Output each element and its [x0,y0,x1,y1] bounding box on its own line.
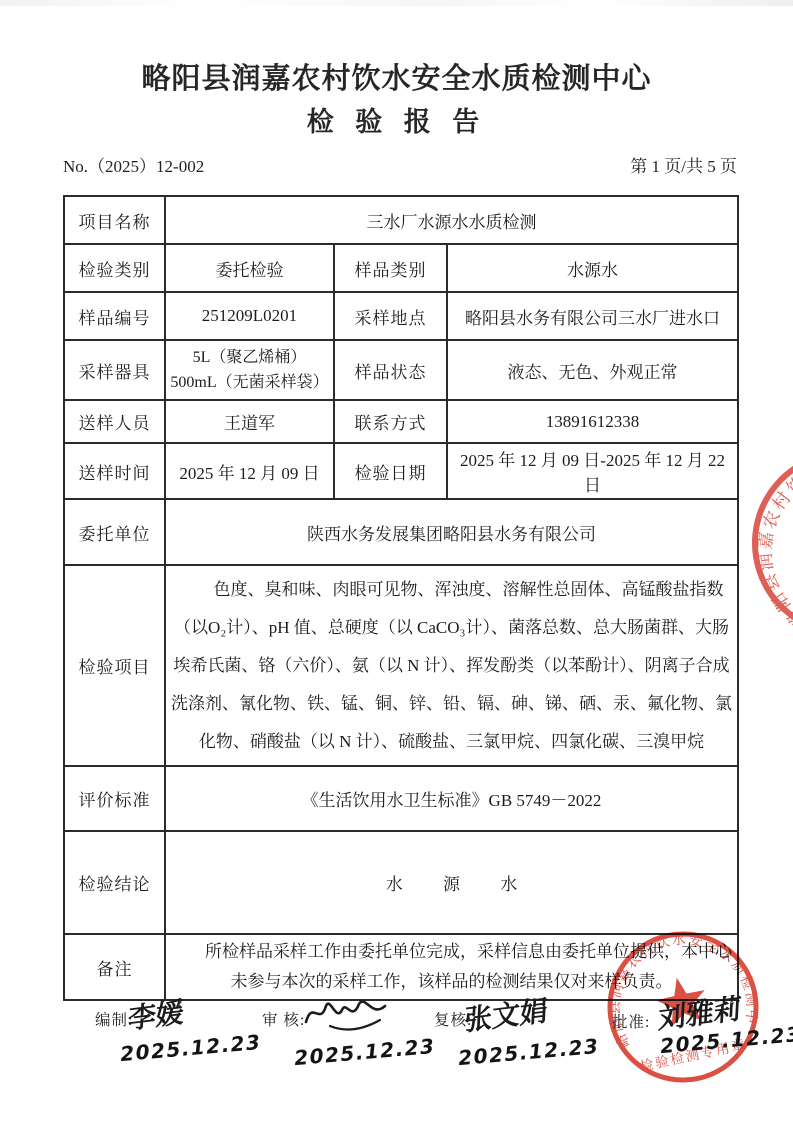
field-value-client: 陕西水务发展集团略阳县水务有限公司 [165,499,738,565]
meta-row: No.（2025）12-002 第 1 页/共 5 页 [63,152,737,177]
field-label-conclusion: 检验结论 [64,831,165,934]
row-sample-no: 样品编号 251209L0201 采样地点 略阳县水务有限公司三水厂进水口 [64,292,738,340]
field-value-standard: 《生活饮用水卫生标准》GB 5749－2022 [165,766,738,831]
field-value-project-name: 三水厂水源水水质检测 [165,196,738,244]
field-label-client: 委托单位 [64,499,165,565]
report-title: 检 验 报 告 [0,100,793,139]
field-value-sampling-tools: 5L（聚乙烯桶） 500mL（无菌采样袋） [165,340,334,400]
field-label-send-date: 送样时间 [64,443,165,499]
report-table: 项目名称 三水厂水源水水质检测 检验类别 委托检验 样品类别 水源水 样品编号 … [63,195,739,1001]
row-dates: 送样时间 2025 年 12 月 09 日 检验日期 2025 年 12 月 0… [64,443,738,499]
prepared-by-signature: 李媛 [127,990,185,1037]
field-label-contact: 联系方式 [334,400,447,443]
field-label-test-date: 检验日期 [334,443,447,499]
field-value-sample-no: 251209L0201 [165,292,334,340]
field-label-sample-no: 样品编号 [64,292,165,340]
page-indicator: 第 1 页/共 5 页 [630,152,737,177]
field-value-conclusion: 水 源 水 [165,831,738,934]
field-label-remark: 备注 [64,934,165,1000]
field-label-test-items: 检验项目 [64,565,165,766]
row-standard: 评价标准 《生活饮用水卫生标准》GB 5749－2022 [64,766,738,831]
field-value-sample-sender: 王道军 [165,400,334,443]
row-sampling-tools: 采样器具 5L（聚乙烯桶） 500mL（无菌采样袋） 样品状态 液态、无色、外观… [64,340,738,400]
field-value-sample-category: 水源水 [447,244,738,292]
field-value-sampling-site: 略阳县水务有限公司三水厂进水口 [447,292,738,340]
report-page: 略阳县润嘉农村饮水安全水质检测中心 检 验 报 告 No.（2025）12-00… [0,0,793,1121]
reviewed-by-date: 2025.12.23 [293,1034,436,1070]
org-name: 略阳县润嘉农村饮水安全水质检测中心 [0,56,793,97]
row-project-name: 项目名称 三水厂水源水水质检测 [64,196,738,244]
sampling-tools-line1: 5L（聚乙烯桶） [170,345,329,370]
field-value-test-date: 2025 年 12 月 09 日-2025 年 12 月 22 日 [447,443,738,499]
field-label-standard: 评价标准 [64,766,165,831]
field-value-test-items: 色度、臭和味、肉眼可见物、浑浊度、溶解性总固体、高锰酸盐指数（以O₂计）、pH … [165,565,738,766]
row-sender: 送样人员 王道军 联系方式 13891612338 [64,400,738,443]
approved-by-label: 批准: [612,1010,650,1032]
field-value-test-category: 委托检验 [165,244,334,292]
field-value-sample-state: 液态、无色、外观正常 [447,340,738,400]
field-label-project-name: 项目名称 [64,196,165,244]
row-client: 委托单位 陕西水务发展集团略阳县水务有限公司 [64,499,738,565]
field-label-sample-sender: 送样人员 [64,400,165,443]
test-items-text: 色度、臭和味、肉眼可见物、浑浊度、溶解性总固体、高锰酸盐指数（以O₂计）、pH … [171,580,732,751]
scan-artifact [0,0,793,6]
row-category: 检验类别 委托检验 样品类别 水源水 [64,244,738,292]
reviewed-by-label: 审 核: [262,1008,305,1030]
field-value-send-date: 2025 年 12 月 09 日 [165,443,334,499]
field-label-sample-category: 样品类别 [334,244,447,292]
field-label-sampling-site: 采样地点 [334,292,447,340]
sampling-tools-line2: 500mL（无菌采样袋） [170,370,329,395]
field-label-sampling-tools: 采样器具 [64,340,165,400]
field-value-contact: 13891612338 [447,400,738,443]
report-number: No.（2025）12-002 [63,152,204,177]
field-label-test-category: 检验类别 [64,244,165,292]
row-conclusion: 检验结论 水 源 水 [64,831,738,934]
reviewed-by-signature-scribble [302,992,390,1036]
field-label-sample-state: 样品状态 [334,340,447,400]
rechecked-by-date: 2025.12.23 [457,1034,600,1070]
row-test-items: 检验项目 色度、臭和味、肉眼可见物、浑浊度、溶解性总固体、高锰酸盐指数（以O₂计… [64,565,738,766]
